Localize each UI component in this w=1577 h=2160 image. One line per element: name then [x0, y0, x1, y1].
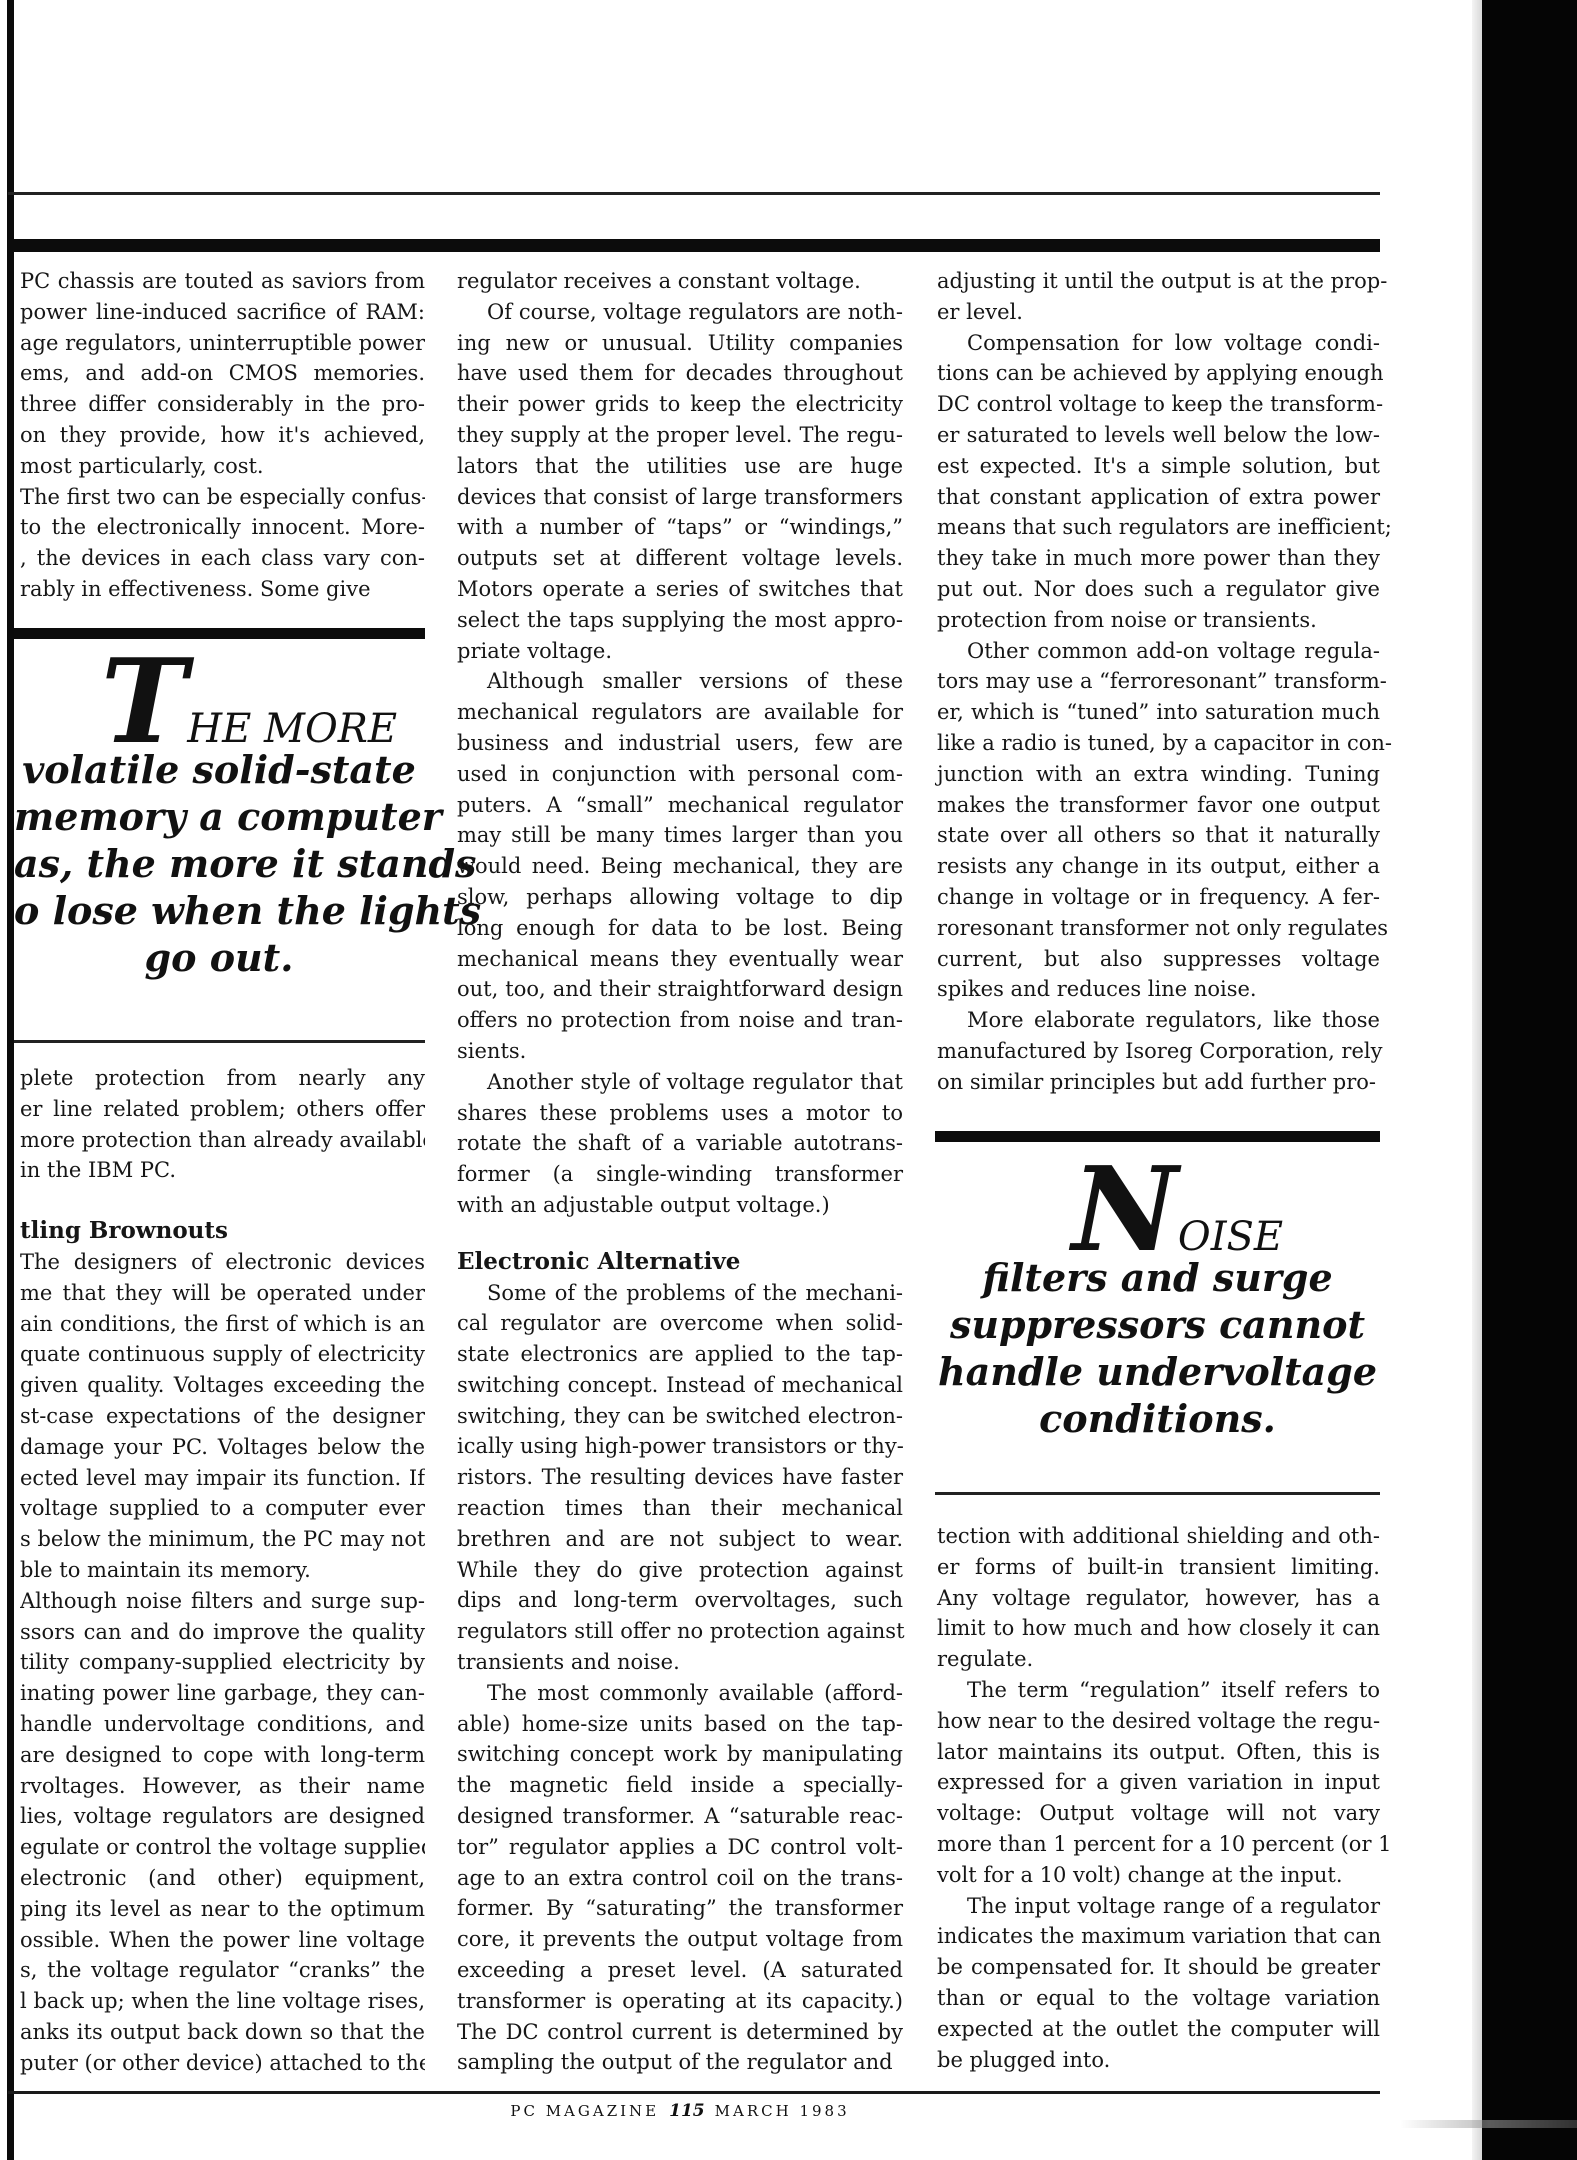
top-thin-rule	[8, 192, 1380, 195]
text-line: Although smaller versions of these	[457, 666, 903, 697]
text-line: on they provide, how it's achieved,	[20, 420, 425, 451]
subhead-brownouts: tling Brownouts	[20, 1216, 425, 1247]
text-line: anks its output back down so that the	[20, 2017, 425, 2048]
text-line: three differ considerably in the pro-	[20, 389, 425, 420]
text-line: The most commonly available (afford-	[457, 1678, 903, 1709]
text-line: tor” regulator applies a DC control volt…	[457, 1832, 903, 1863]
text-line: ble to maintain its memory.	[20, 1555, 425, 1586]
text-line: mechanical means they eventually wear	[457, 944, 903, 975]
text-line: long enough for data to be lost. Being	[457, 913, 903, 944]
footer-page-number: 115	[669, 2101, 705, 2121]
text-line: s below the minimum, the PC may not	[20, 1524, 425, 1555]
text-line: DC control voltage to keep the transform…	[937, 389, 1380, 420]
text-line: expected at the outlet the computer will	[937, 2014, 1380, 2045]
text-line: Although noise filters and surge sup-	[20, 1586, 425, 1617]
text-line: change in voltage or in frequency. A fer…	[937, 882, 1380, 913]
paragraph: Another style of voltage regulator thats…	[457, 1067, 903, 1221]
text-line: junction with an extra winding. Tuning	[937, 759, 1380, 790]
text-line: on similar principles but add further pr…	[937, 1067, 1380, 1098]
right-column-continued: tection with additional shielding and ot…	[937, 1521, 1380, 2075]
paragraph: The designers of electronic devicesme th…	[20, 1247, 425, 1586]
text-line: tors may use a “ferroresonant” transform…	[937, 666, 1380, 697]
paragraph: Some of the problems of the mechani-cal …	[457, 1278, 903, 1678]
paragraph: Compensation for low voltage condi-tions…	[937, 328, 1380, 636]
text-line: st-case expectations of the designer	[20, 1401, 425, 1432]
text-line: me that they will be operated under	[20, 1278, 425, 1309]
text-line: The designers of electronic devices	[20, 1247, 425, 1278]
text-line: be compensated for. It should be greater	[937, 1952, 1380, 1983]
text-line: their power grids to keep the electricit…	[457, 389, 903, 420]
scan-background-right	[1482, 0, 1577, 2160]
text-line: sients.	[457, 1036, 903, 1067]
text-line: business and industrial users, few are	[457, 728, 903, 759]
text-line: er saturated to levels well below the lo…	[937, 420, 1380, 451]
text-line: While they do give protection against	[457, 1555, 903, 1586]
right-column: adjusting it until the output is at the …	[937, 266, 1380, 1098]
paragraph: tection with additional shielding and ot…	[937, 1521, 1380, 1675]
pull-quote-line: volatile solid-state	[14, 746, 424, 793]
text-line: core, it prevents the output voltage fro…	[457, 1924, 903, 1955]
text-line: manufactured by Isoreg Corporation, rely	[937, 1036, 1380, 1067]
text-line: switching, they can be switched electron…	[457, 1401, 903, 1432]
text-line: power line-induced sacrifice of RAM:	[20, 297, 425, 328]
text-line: Of course, voltage regulators are noth-	[457, 297, 903, 328]
text-line: Compensation for low voltage condi-	[937, 328, 1380, 359]
text-line: The input voltage range of a regulator	[937, 1891, 1380, 1922]
pull-quote-right-bottom-rule	[935, 1492, 1380, 1495]
text-line: s, the voltage regulator “cranks” the	[20, 1955, 425, 1986]
pull-quote-line: memory a computer	[14, 793, 424, 840]
text-line: slow, perhaps allowing voltage to dip	[457, 882, 903, 913]
text-line: put out. Nor does such a regulator give	[937, 574, 1380, 605]
text-line: er, which is “tuned” into saturation muc…	[937, 697, 1380, 728]
text-line: would need. Being mechanical, they are	[457, 851, 903, 882]
text-line: state electronics are applied to the tap…	[457, 1339, 903, 1370]
paragraph: The most commonly available (afford-able…	[457, 1678, 903, 2078]
text-line: transformer is operating at its capacity…	[457, 1986, 903, 2017]
text-line: that constant application of extra power	[937, 482, 1380, 513]
text-line: with an adjustable output voltage.)	[457, 1190, 903, 1221]
pull-quote-line: o lose when the lights	[14, 887, 424, 934]
text-line: tility company-supplied electricity by	[20, 1647, 425, 1678]
pull-quote-line: suppressors cannot	[935, 1301, 1380, 1348]
text-line: in the IBM PC.	[20, 1155, 425, 1186]
text-line: The DC control current is determined by	[457, 2017, 903, 2048]
text-line: Another style of voltage regulator that	[457, 1067, 903, 1098]
text-line: switching concept work by manipulating	[457, 1739, 903, 1770]
text-line: The term “regulation” itself refers to	[937, 1675, 1380, 1706]
middle-column: regulator receives a constant voltage. O…	[457, 266, 903, 2078]
text-line: , the devices in each class vary con-	[20, 543, 425, 574]
text-line: ing new or unusual. Utility companies	[457, 328, 903, 359]
text-line: spikes and reduces line noise.	[937, 974, 1380, 1005]
text-line: PC chassis are touted as saviors from	[20, 266, 425, 297]
text-line: The first two can be especially confus-	[20, 482, 425, 513]
paragraph: Although smaller versions of thesemechan…	[457, 666, 903, 1066]
text-line: used in conjunction with personal com-	[457, 759, 903, 790]
paragraph: The first two can be especially confus-t…	[20, 482, 425, 605]
text-line: than or equal to the voltage variation	[937, 1983, 1380, 2014]
text-line: inating power line garbage, they can-	[20, 1678, 425, 1709]
text-line: age to an extra control coil on the tran…	[457, 1863, 903, 1894]
text-line: ssors can and do improve the quality	[20, 1617, 425, 1648]
text-line: handle undervoltage conditions, and	[20, 1709, 425, 1740]
pull-quote-line: as, the more it stands	[14, 840, 424, 887]
top-thick-rule	[8, 239, 1380, 252]
text-line: ems, and add-on CMOS memories.	[20, 358, 425, 389]
text-line: tection with additional shielding and ot…	[937, 1521, 1380, 1552]
text-line: lators that the utilities use are huge	[457, 451, 903, 482]
bottom-rule	[8, 2091, 1380, 2094]
text-line: lies, voltage regulators are designed	[20, 1801, 425, 1832]
text-line: they take in much more power than they	[937, 543, 1380, 574]
text-line: out, too, and their straightforward desi…	[457, 974, 903, 1005]
text-line: offers no protection from noise and tran…	[457, 1005, 903, 1036]
text-line: they supply at the proper level. The reg…	[457, 420, 903, 451]
text-line: adjusting it until the output is at the …	[937, 266, 1380, 297]
text-line: regulator receives a constant voltage.	[457, 266, 903, 297]
text-line: plete protection from nearly any	[20, 1063, 425, 1094]
text-line: are designed to cope with long-term	[20, 1740, 425, 1771]
pull-quote-right: NOISE filters and surgesuppressors canno…	[935, 1160, 1380, 1442]
paragraph: Although noise filters and surge sup-sso…	[20, 1586, 425, 2079]
text-line: ically using high-power transistors or t…	[457, 1431, 903, 1462]
text-line: the magnetic field inside a specially-	[457, 1770, 903, 1801]
text-line: ristors. The resulting devices have fast…	[457, 1462, 903, 1493]
text-line: age regulators, uninterruptible power	[20, 328, 425, 359]
text-line: select the taps supplying the most appro…	[457, 605, 903, 636]
text-line: able) home-size units based on the tap-	[457, 1709, 903, 1740]
text-line: voltage supplied to a computer ever	[20, 1493, 425, 1524]
text-line: voltage: Output voltage will not vary	[937, 1798, 1380, 1829]
text-line: given quality. Voltages exceeding the	[20, 1370, 425, 1401]
text-line: devices that consist of large transforme…	[457, 482, 903, 513]
text-line: ping its level as near to the optimum	[20, 1894, 425, 1925]
text-line: Motors operate a series of switches that	[457, 574, 903, 605]
page-left-border	[7, 0, 14, 2160]
text-line: brethren and are not subject to wear.	[457, 1524, 903, 1555]
text-line: egulate or control the voltage supplied	[20, 1832, 425, 1863]
text-line: dips and long-term overvoltages, such	[457, 1585, 903, 1616]
text-line: lator maintains its output. Often, this …	[937, 1737, 1380, 1768]
text-line: may still be many times larger than you	[457, 820, 903, 851]
subhead-electronic-alternative: Electronic Alternative	[457, 1247, 903, 1278]
page-edge-shadow	[1472, 0, 1482, 2160]
text-line: electronic (and other) equipment,	[20, 1863, 425, 1894]
text-line: resists any change in its output, either…	[937, 851, 1380, 882]
pull-quote-line: conditions.	[935, 1395, 1380, 1442]
left-column: PC chassis are touted as saviors frompow…	[20, 266, 425, 605]
paragraph: The input voltage range of a regulatorin…	[937, 1891, 1380, 2076]
pull-quote-line: filters and surge	[935, 1254, 1380, 1301]
text-line: Any voltage regulator, however, has a	[937, 1583, 1380, 1614]
text-line: more than 1 percent for a 10 percent (or…	[937, 1829, 1380, 1860]
pull-quote-line: handle undervoltage	[935, 1348, 1380, 1395]
text-line: rotate the shaft of a variable autotrans…	[457, 1128, 903, 1159]
text-line: with a number of “taps” or “windings,”	[457, 512, 903, 543]
pull-quote-left-dropcap: T	[101, 652, 187, 752]
text-line: switching concept. Instead of mechanical	[457, 1370, 903, 1401]
text-line: roresonant transformer not only regulate…	[937, 913, 1380, 944]
text-line: regulators still offer no protection aga…	[457, 1616, 903, 1647]
text-line: Other common add-on voltage regula-	[937, 636, 1380, 667]
text-line: volt for a 10 volt) change at the input.	[937, 1860, 1380, 1891]
page-footer: PC MAGAZINE115MARCH 1983	[457, 2101, 903, 2121]
text-line: former (a single-winding transformer	[457, 1159, 903, 1190]
text-line: sampling the output of the regulator and	[457, 2047, 903, 2078]
text-line: er level.	[937, 297, 1380, 328]
text-line: expressed for a given variation in input	[937, 1767, 1380, 1798]
scan-artifact	[1400, 2120, 1577, 2128]
text-line: ected level may impair its function. If	[20, 1463, 425, 1494]
text-line: reaction times than their mechanical	[457, 1493, 903, 1524]
text-line: transients and noise.	[457, 1647, 903, 1678]
text-line: l back up; when the line voltage rises,	[20, 1986, 425, 2017]
text-line: er line related problem; others offer	[20, 1094, 425, 1125]
text-line: quate continuous supply of electricity	[20, 1339, 425, 1370]
text-line: exceeding a preset level. (A saturated	[457, 1955, 903, 1986]
text-line: be plugged into.	[937, 2045, 1380, 2076]
text-line: more protection than already available	[20, 1125, 425, 1156]
text-line: makes the transformer favor one output	[937, 790, 1380, 821]
text-line: ain conditions, the first of which is an	[20, 1309, 425, 1340]
text-line: rably in effectiveness. Some give	[20, 574, 425, 605]
text-line: how near to the desired voltage the regu…	[937, 1706, 1380, 1737]
pull-quote-right-top-rule	[935, 1131, 1380, 1142]
text-line: damage your PC. Voltages below the	[20, 1432, 425, 1463]
text-line: means that such regulators are inefficie…	[937, 512, 1380, 543]
text-line: limit to how much and how closely it can	[937, 1613, 1380, 1644]
text-line: most particularly, cost.	[20, 451, 425, 482]
text-line: shares these problems uses a motor to	[457, 1098, 903, 1129]
text-line: priate voltage.	[457, 636, 903, 667]
footer-publication: PC MAGAZINE	[510, 2102, 659, 2120]
text-line: puter (or other device) attached to the	[20, 2048, 425, 2079]
pull-quote-left: THE MORE volatile solid-statememory a co…	[14, 652, 424, 981]
pull-quote-left-bottom-rule	[14, 1040, 425, 1043]
text-line: protection from noise or transients.	[937, 605, 1380, 636]
paragraph: regulator receives a constant voltage.	[457, 266, 903, 297]
text-line: regulate.	[937, 1644, 1380, 1675]
text-line: state over all others so that it natural…	[937, 820, 1380, 851]
text-line: est expected. It's a simple solution, bu…	[937, 451, 1380, 482]
text-line: indicates the maximum variation that can	[937, 1921, 1380, 1952]
pull-quote-line: go out.	[14, 934, 424, 981]
paragraph: Of course, voltage regulators are noth-i…	[457, 297, 903, 667]
paragraph: Other common add-on voltage regula-tors …	[937, 636, 1380, 1006]
text-line: mechanical regulators are available for	[457, 697, 903, 728]
footer-issue-date: MARCH 1983	[715, 2102, 850, 2120]
text-line: outputs set at different voltage levels.	[457, 543, 903, 574]
text-line: cal regulator are overcome when solid-	[457, 1308, 903, 1339]
text-line: puters. A “small” mechanical regulator	[457, 790, 903, 821]
paragraph: adjusting it until the output is at the …	[937, 266, 1380, 328]
text-line: er forms of built-in transient limiting.	[937, 1552, 1380, 1583]
pull-quote-left-top-rule	[14, 628, 425, 639]
paragraph: More elaborate regulators, like thoseman…	[937, 1005, 1380, 1097]
pull-quote-right-dropcap: N	[1072, 1160, 1178, 1260]
text-line: like a radio is tuned, by a capacitor in…	[937, 728, 1380, 759]
text-line: current, but also suppresses voltage	[937, 944, 1380, 975]
text-line: Some of the problems of the mechani-	[457, 1278, 903, 1309]
text-line: More elaborate regulators, like those	[937, 1005, 1380, 1036]
paragraph: The term “regulation” itself refers toho…	[937, 1675, 1380, 1891]
text-line: former. By “saturating” the transformer	[457, 1893, 903, 1924]
text-line: ossible. When the power line voltage	[20, 1925, 425, 1956]
paragraph: PC chassis are touted as saviors frompow…	[20, 266, 425, 482]
paragraph: plete protection from nearly anyer line …	[20, 1063, 425, 1186]
text-line: to the electronically innocent. More-	[20, 512, 425, 543]
text-line: have used them for decades throughout	[457, 358, 903, 389]
text-line: rvoltages. However, as their name	[20, 1771, 425, 1802]
left-column-continued: plete protection from nearly anyer line …	[20, 1063, 425, 2079]
text-line: designed transformer. A “saturable reac-	[457, 1801, 903, 1832]
text-line: tions can be achieved by applying enough	[937, 358, 1380, 389]
